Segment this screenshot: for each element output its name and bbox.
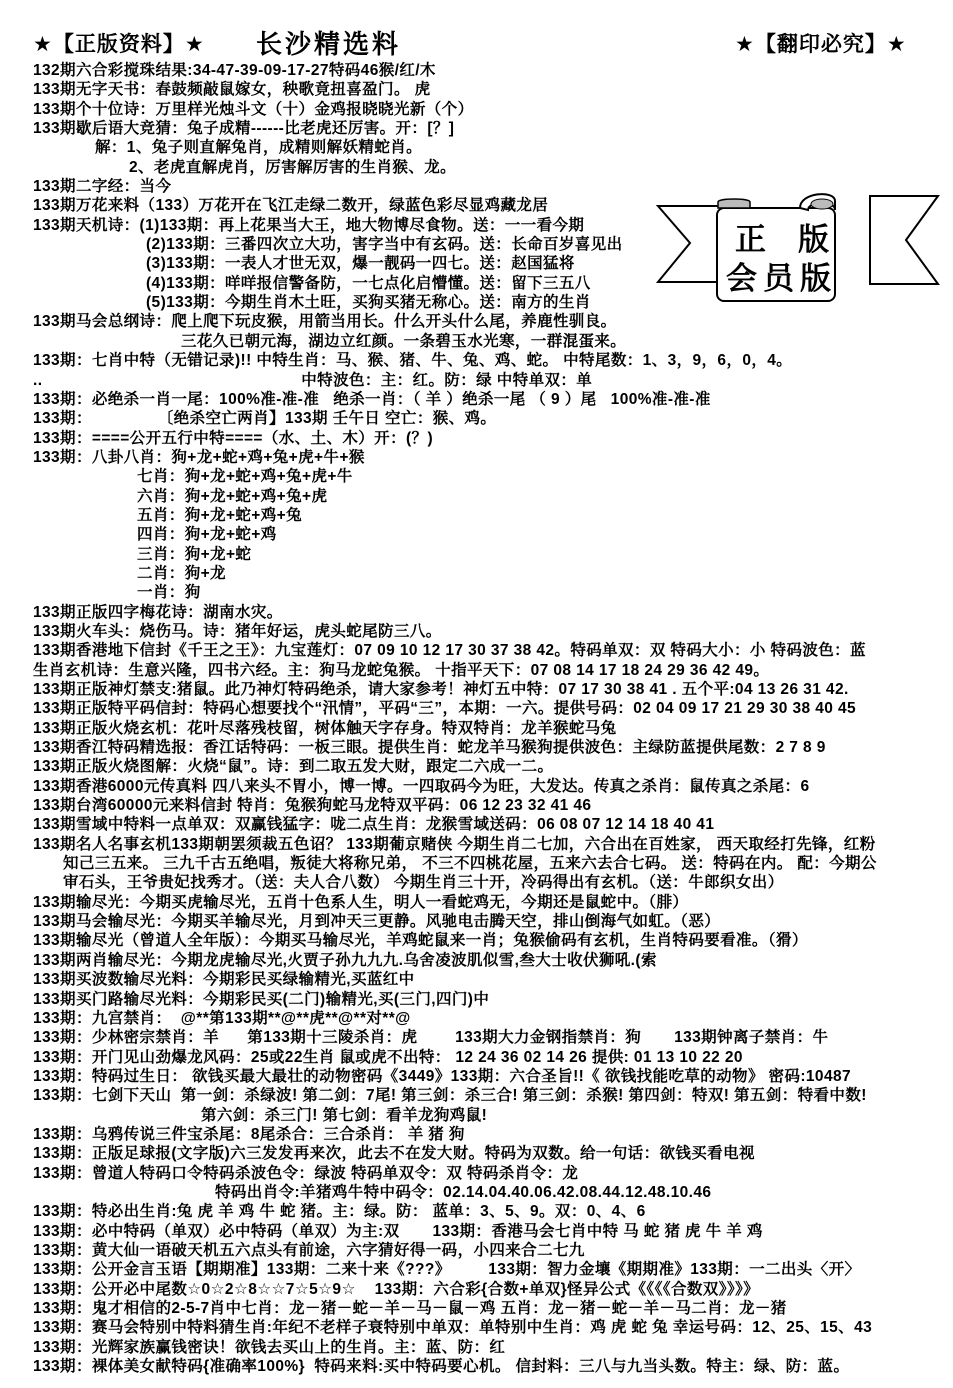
text-line: 133期：必中特码（单双）必中特码（单双）为主:双 133期：香港马会七肖中特 …: [33, 1222, 945, 1241]
text-line: 133期台湾60000元来料信封 特肖：兔猴狗蛇马龙特双平码：06 12 23 …: [33, 796, 945, 815]
text-line: 133期：七剑下天山 第一剑：杀绿波! 第二剑：7尾! 第三剑：杀三合! 第三剑…: [33, 1086, 945, 1105]
header-right-label: ★【翻印必究】★: [735, 28, 907, 58]
text-line: 第六剑：杀三门! 第七剑：看羊龙狗鸡鼠!: [33, 1106, 945, 1125]
text-line: 二肖：狗+龙: [33, 564, 945, 583]
scroll-curl-left: [718, 199, 750, 208]
text-line: 133期火车头：烧伤马。诗：猪年好运，虎头蛇尾防三八。: [33, 622, 945, 641]
text-line: 七肖：狗+龙+蛇+鸡+兔+虎+牛: [33, 467, 945, 486]
text-line: 133期：少林密宗禁肖：羊 第133期十三陵杀肖：虎 133期大力金钢指禁肖：狗…: [33, 1028, 945, 1047]
text-line: 133期：开门见山劲爆龙风码：25或22生肖 鼠或虎不出特： 12 24 36 …: [33, 1048, 945, 1067]
text-line: 133期：光辉家族赢钱密诀！欲钱去买山上的生肖。主：蓝、防：红: [33, 1338, 945, 1357]
text-line: 133期：乌鸦传说三件宝杀尾：8尾杀合：三合杀肖： 羊 猪 狗: [33, 1125, 945, 1144]
text-line: 133期买门路输尽光料：今期彩民买(二门)输精光,买(三门,四门)中: [33, 990, 945, 1009]
text-line: 133期雪域中特料一点单双：双赢钱猛字：咙二点生肖：龙猴雪域送码：06 08 0…: [33, 815, 945, 834]
text-line: 特码出肖令:羊猪鸡牛特中码令：02.14.04.40.06.42.08.44.1…: [33, 1183, 945, 1202]
ribbon-right-tail: [870, 196, 938, 284]
text-line: 133期输尽光（曾道人全年版）：今期买马输尽光，羊鸡蛇鼠来一肖；兔猴偷码有玄机，…: [33, 931, 945, 950]
text-line: 133期正版火烧玄机：花叶尽落残枝留，树体触天字存身。特双特肖：龙羊猴蛇马兔: [33, 719, 945, 738]
text-line: 133期：特码过生日： 欲钱买最大最壮的动物密码《3449》133期：六合圣旨!…: [33, 1067, 945, 1086]
text-line: 六肖：狗+龙+蛇+鸡+兔+虎: [33, 487, 945, 506]
banner-text-zheng: 正: [735, 222, 766, 257]
text-line: 133期：鬼才相信的2-5-7肖中七肖：龙－猪－蛇－羊－马－鼠－鸡 五肖：龙－猪…: [33, 1299, 945, 1318]
text-line: 四肖：狗+龙+蛇+鸡: [33, 525, 945, 544]
text-line: 133期输尽光：今期买虎输尽光，五肖十色系人生，明人一看蛇鸡无，今期还是鼠蛇中。…: [33, 893, 945, 912]
text-line: .. 中特波色：主：红。防：绿 中特单双：单: [33, 371, 945, 390]
text-line: 133期：赛马会特别中特料猜生肖:年纪不老样子衰特别中单双：单特别中生肖：鸡 虎…: [33, 1318, 945, 1337]
text-line: 133期：特必出生肖:兔 虎 羊 鸡 牛 蛇 猪。主：绿。防： 蓝单：3、5、9…: [33, 1202, 945, 1221]
text-line: 133期正版神灯禁支:猪鼠。此乃神灯特码绝杀，请大家参考！神灯五中特：07 17…: [33, 680, 945, 699]
text-line: 133期无字天书：春鼓频敲鼠嫁女，秧歌竟扭喜盈门。 虎: [33, 80, 945, 99]
text-line: 133期：====公开五行中特====（水、土、木）开：(？): [33, 429, 945, 448]
text-line: 133期歇后语大竞猜：兔子成精------比老虎还厉害。开：[？]: [33, 119, 945, 138]
text-line: 133期：九宫禁肖： @**第133期**@**虎**@**对**@: [33, 1009, 945, 1028]
text-line: 133期：曾道人特码口令特码杀波色令：绿波 特码单双令：双 特码杀肖令：龙: [33, 1164, 945, 1183]
text-line: 133期香港地下信封《千王之王》：九宝莲灯：07 09 10 12 17 30 …: [33, 641, 945, 660]
text-line: 133期正版特平码信封：特码心想要找个“汛情”，平码“三”，本期：一六。提供号码…: [33, 699, 945, 718]
text-line: 133期：必绝杀一肖一尾：100%准-准-准 绝杀一肖：（ 羊 ）绝杀一尾 （ …: [33, 390, 945, 409]
text-line: 生肖玄机诗：生意兴隆，四书六经。主：狗马龙蛇兔猴。 十指平天下：07 08 14…: [33, 661, 945, 680]
text-line: 133期名人名事玄机133期朝罢须裁五色诏？ 133期葡京赌侠 今期生肖二七加，…: [33, 835, 945, 854]
text-line: 2、老虎直解虎肖，厉害解厉害的生肖猴、龙。: [33, 158, 945, 177]
page-title: 长沙精选料: [256, 24, 401, 61]
text-line: 三肖：狗+龙+蛇: [33, 545, 945, 564]
scroll-ribbon-icon: 正 版 会员版: [650, 188, 950, 308]
text-line: 133期：七肖中特（无错记录)!! 中特生肖：马、猴、猪、牛、兔、鸡、蛇。 中特…: [33, 351, 945, 370]
text-line: 解：1、兔子则直解兔肖，成精则解妖精蛇肖。: [33, 138, 945, 157]
text-line: 五肖：狗+龙+蛇+鸡+兔: [33, 506, 945, 525]
text-line: 133期正版火烧图解：火烧“鼠”。诗：到二取五发大财，跟定二六成一二。: [33, 757, 945, 776]
text-line: 133期：公开必中尾数☆0☆2☆8☆☆7☆5☆9☆ 133期：六合彩{合数+单双…: [33, 1280, 945, 1299]
text-line: 133期正版四字梅花诗：湖南水灾。: [33, 603, 945, 622]
banner-text-huiyuanban: 会员版: [726, 261, 837, 296]
text-line: 133期：正版足球报(文字版)六三发发再来次，此去不在发大财。特码为双数。给一句…: [33, 1144, 945, 1163]
text-line: 133期：公开金言玉语【期期准】133期：二来十来《???》 133期：智力金壤…: [33, 1260, 945, 1279]
text-line: 133期个十位诗：万里样光烛斗文（十）金鸡报晓晓光新（个）: [33, 100, 945, 119]
text-line: 知己三五来。 三九千古五绝唱，叛徒大将称兄弟， 不三不四桃花屋，五来六去合七码。…: [33, 854, 945, 873]
page-header: ★【正版资料】★ 长沙精选料 ★【翻印必究】★: [0, 24, 953, 58]
text-line: 133期香港6000元传真料 四八来头不胃小，博一博。一四取码今为旺，大发达。传…: [33, 777, 945, 796]
text-line: 133期香江特码精选报：香江话特码：一板三眼。提供生肖：蛇龙羊马猴狗提供波色：主…: [33, 738, 945, 757]
member-edition-scroll-banner: 正 版 会员版: [650, 188, 950, 308]
text-line: 一肖：狗: [33, 583, 945, 602]
text-line: 三花久已朝元海，湖边立红颜。一条碧玉水光寒，一群混蛋来。: [33, 332, 945, 351]
header-left-label: ★【正版资料】★: [33, 28, 205, 58]
text-line: 审石头，王爷贵妃找秀才。（送：夫人合八数） 今期生肖三十开，冷码得出有玄机。（送…: [33, 873, 945, 892]
text-line: 133期马会总纲诗：爬上爬下玩皮猴，用箭当用长。什么开头什么尾，养鹿性驯良。: [33, 312, 945, 331]
text-line: 133期：裸体美女献特码{准确率100%} 特码来料:买中特码要心机。 信封料：…: [33, 1357, 945, 1376]
text-line: 133期：八卦八肖：狗+龙+蛇+鸡+兔+虎+牛+猴: [33, 448, 945, 467]
text-line: 133期： 〔绝杀空亡两肖】133期 壬午日 空亡：猴、鸡。: [33, 409, 945, 428]
banner-text-ban: 版: [798, 222, 829, 257]
text-line: 133期：黄大仙一语破天机五六点头有前途，六字猜好得一码，小四来合二七九: [33, 1241, 945, 1260]
text-line: 132期六合彩搅珠结果:34-47-39-09-17-27特码46猴/红/木: [33, 61, 945, 80]
text-line: 133期买波数输尽光料：今期彩民买绿输精光,买蓝红中: [33, 970, 945, 989]
text-line: 133期马会输尽光：今期买羊输尽光，月到冲天三更静。风驰电击腾天空，排山倒海气如…: [33, 912, 945, 931]
text-line: 133期两肖输尽光：今期龙虎输尽光,火贾子孙九九九.乌舍凌波肌似雪,叁大士收伏狮…: [33, 951, 945, 970]
